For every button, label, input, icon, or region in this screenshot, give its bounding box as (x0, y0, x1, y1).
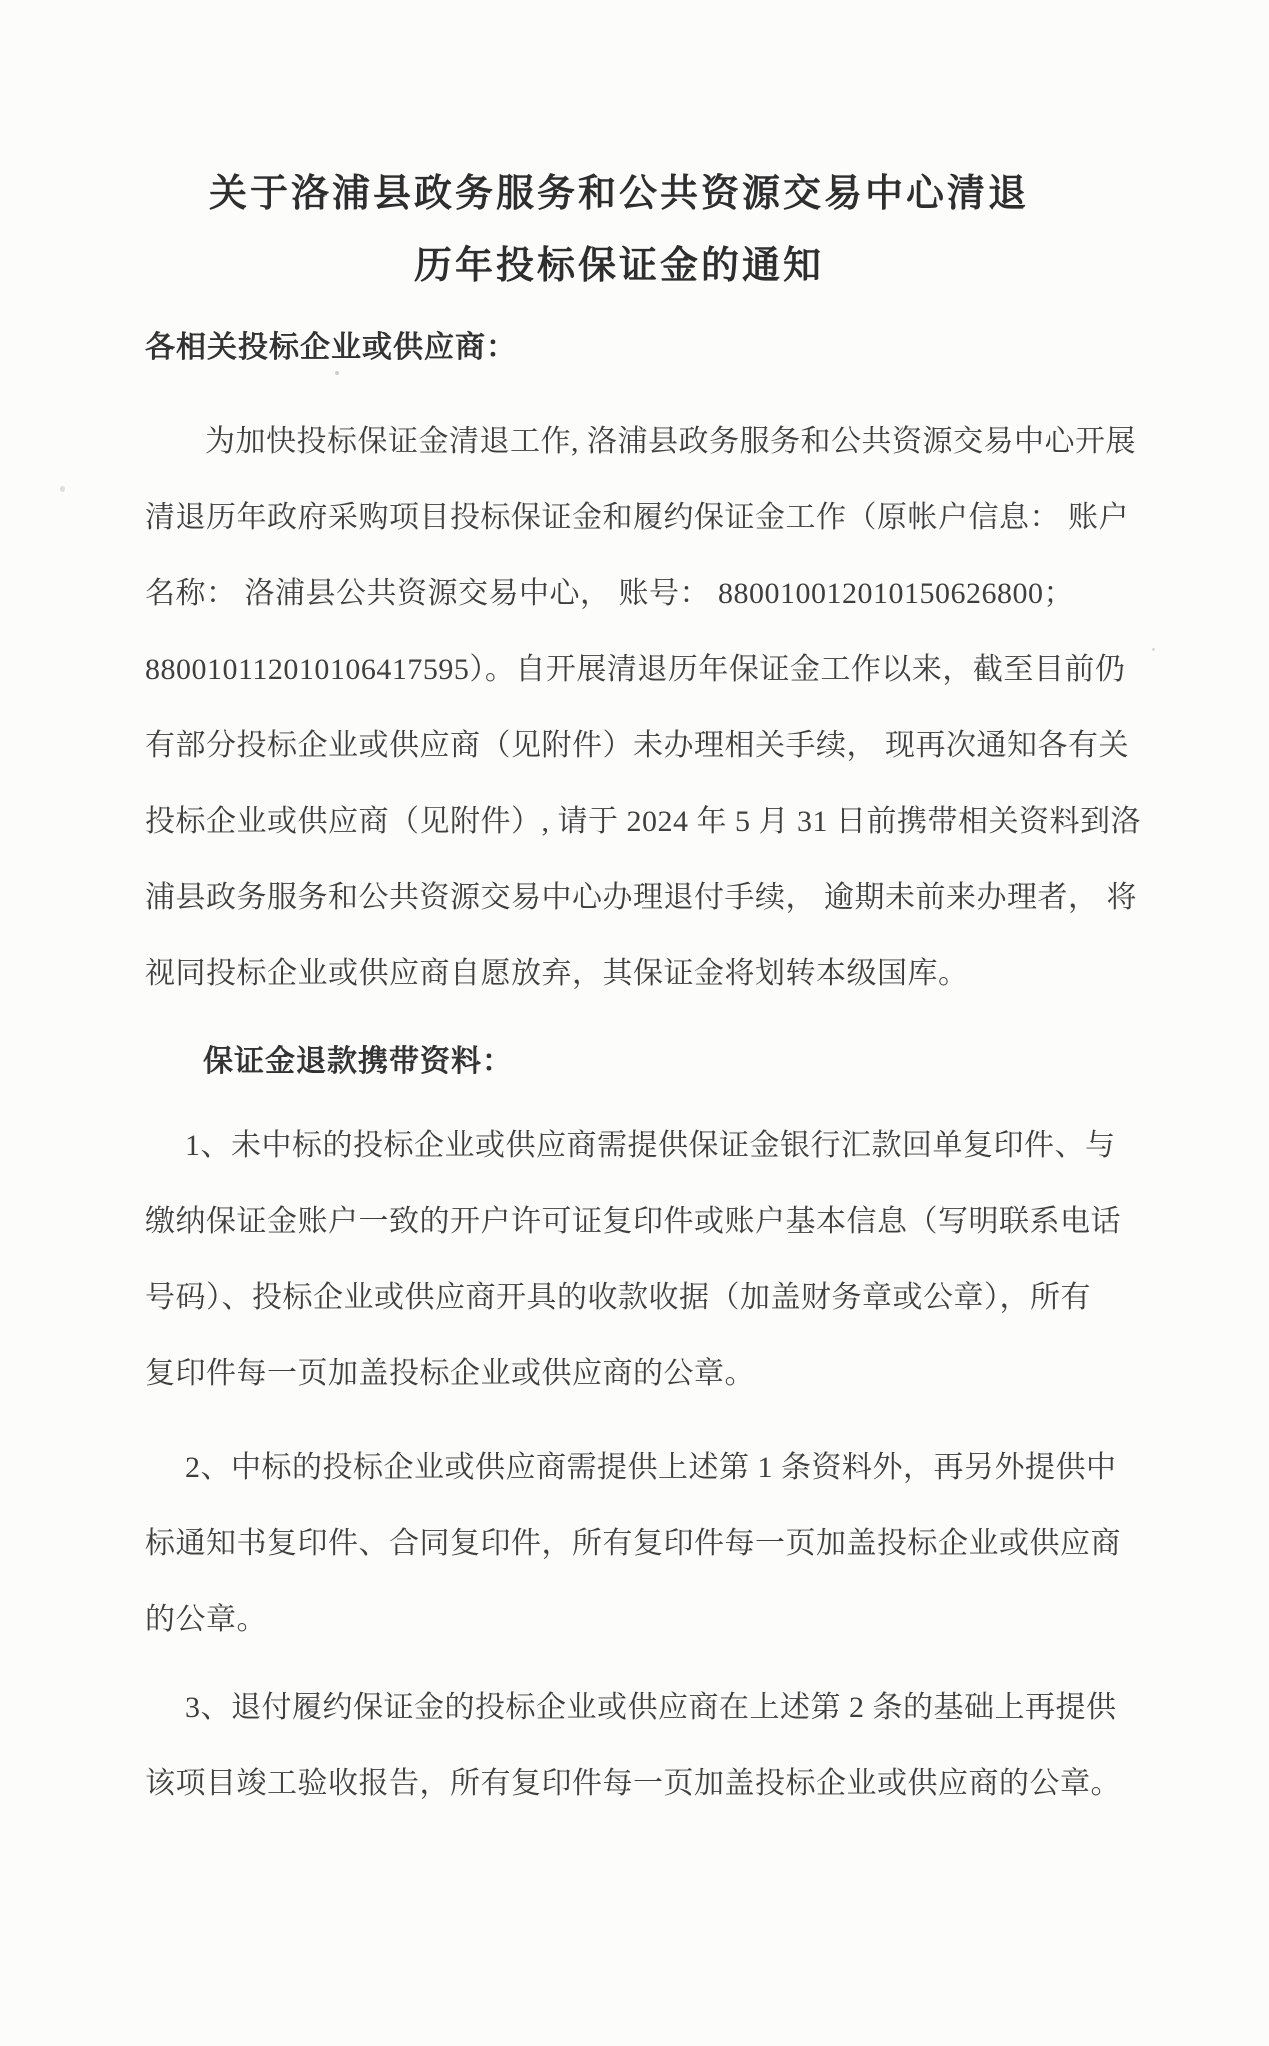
scanned-notice-page: 关于洛浦县政务服务和公共资源交易中心清退 历年投标保证金的通知 各相关投标企业或… (0, 0, 1269, 2046)
intro-paragraph: 为加快投标保证金清退工作, 洛浦县政务服务和公共资源交易中心开展 清退历年政府采… (145, 404, 1093, 1012)
intro-line: 880010112010106417595）。自开展清退历年保证金工作以来，截至… (145, 632, 1093, 708)
intro-line: 投标企业或供应商（见附件）, 请于 2024 年 5 月 31 日前携带相关资料… (145, 784, 1093, 860)
materials-heading: 保证金退款携带资料： (145, 1024, 1093, 1100)
intro-line: 名称： 洛浦县公共资源交易中心， 账号： 8800100120101506268… (145, 556, 1093, 632)
intro-line: 为加快投标保证金清退工作, 洛浦县政务服务和公共资源交易中心开展 (145, 404, 1093, 480)
item-line: 复印件每一页加盖投标企业或供应商的公章。 (145, 1336, 1093, 1412)
intro-line: 清退历年政府采购项目投标保证金和履约保证金工作（原帐户信息： 账户 (145, 480, 1093, 556)
materials-item-2: 2、中标的投标企业或供应商需提供上述第 1 条资料外，再另外提供中 标通知书复印… (145, 1430, 1093, 1658)
item-line: 缴纳保证金账户一致的开户许可证复印件或账户基本信息（写明联系电话 (145, 1184, 1093, 1260)
notice-title-line-1: 关于洛浦县政务服务和公共资源交易中心清退 (145, 158, 1093, 230)
item-line: 3、退付履约保证金的投标企业或供应商在上述第 2 条的基础上再提供 (145, 1670, 1093, 1746)
scan-artifact (60, 486, 65, 492)
notice-title: 关于洛浦县政务服务和公共资源交易中心清退 历年投标保证金的通知 (145, 0, 1093, 302)
item-line: 1、未中标的投标企业或供应商需提供保证金银行汇款回单复印件、与 (145, 1108, 1093, 1184)
salutation: 各相关投标企业或供应商： (145, 326, 1093, 370)
intro-line: 浦县政务服务和公共资源交易中心办理退付手续， 逾期未前来办理者， 将 (145, 860, 1093, 936)
intro-line: 有部分投标企业或供应商（见附件）未办理相关手续， 现再次通知各有关 (145, 708, 1093, 784)
item-line: 2、中标的投标企业或供应商需提供上述第 1 条资料外，再另外提供中 (145, 1430, 1093, 1506)
materials-item-3: 3、退付履约保证金的投标企业或供应商在上述第 2 条的基础上再提供 该项目竣工验… (145, 1670, 1093, 1822)
materials-item-1: 1、未中标的投标企业或供应商需提供保证金银行汇款回单复印件、与 缴纳保证金账户一… (145, 1108, 1093, 1412)
item-line: 该项目竣工验收报告，所有复印件每一页加盖投标企业或供应商的公章。 (145, 1746, 1093, 1822)
item-line: 的公章。 (145, 1582, 1093, 1658)
scan-artifact (1152, 648, 1155, 651)
item-line: 号码）、投标企业或供应商开具的收款收据（加盖财务章或公章），所有 (145, 1260, 1093, 1336)
item-line: 标通知书复印件、合同复印件，所有复印件每一页加盖投标企业或供应商 (145, 1506, 1093, 1582)
intro-line: 视同投标企业或供应商自愿放弃，其保证金将划转本级国库。 (145, 936, 1093, 1012)
notice-title-line-2: 历年投标保证金的通知 (145, 230, 1093, 302)
document-body: 关于洛浦县政务服务和公共资源交易中心清退 历年投标保证金的通知 各相关投标企业或… (145, 0, 1093, 1822)
